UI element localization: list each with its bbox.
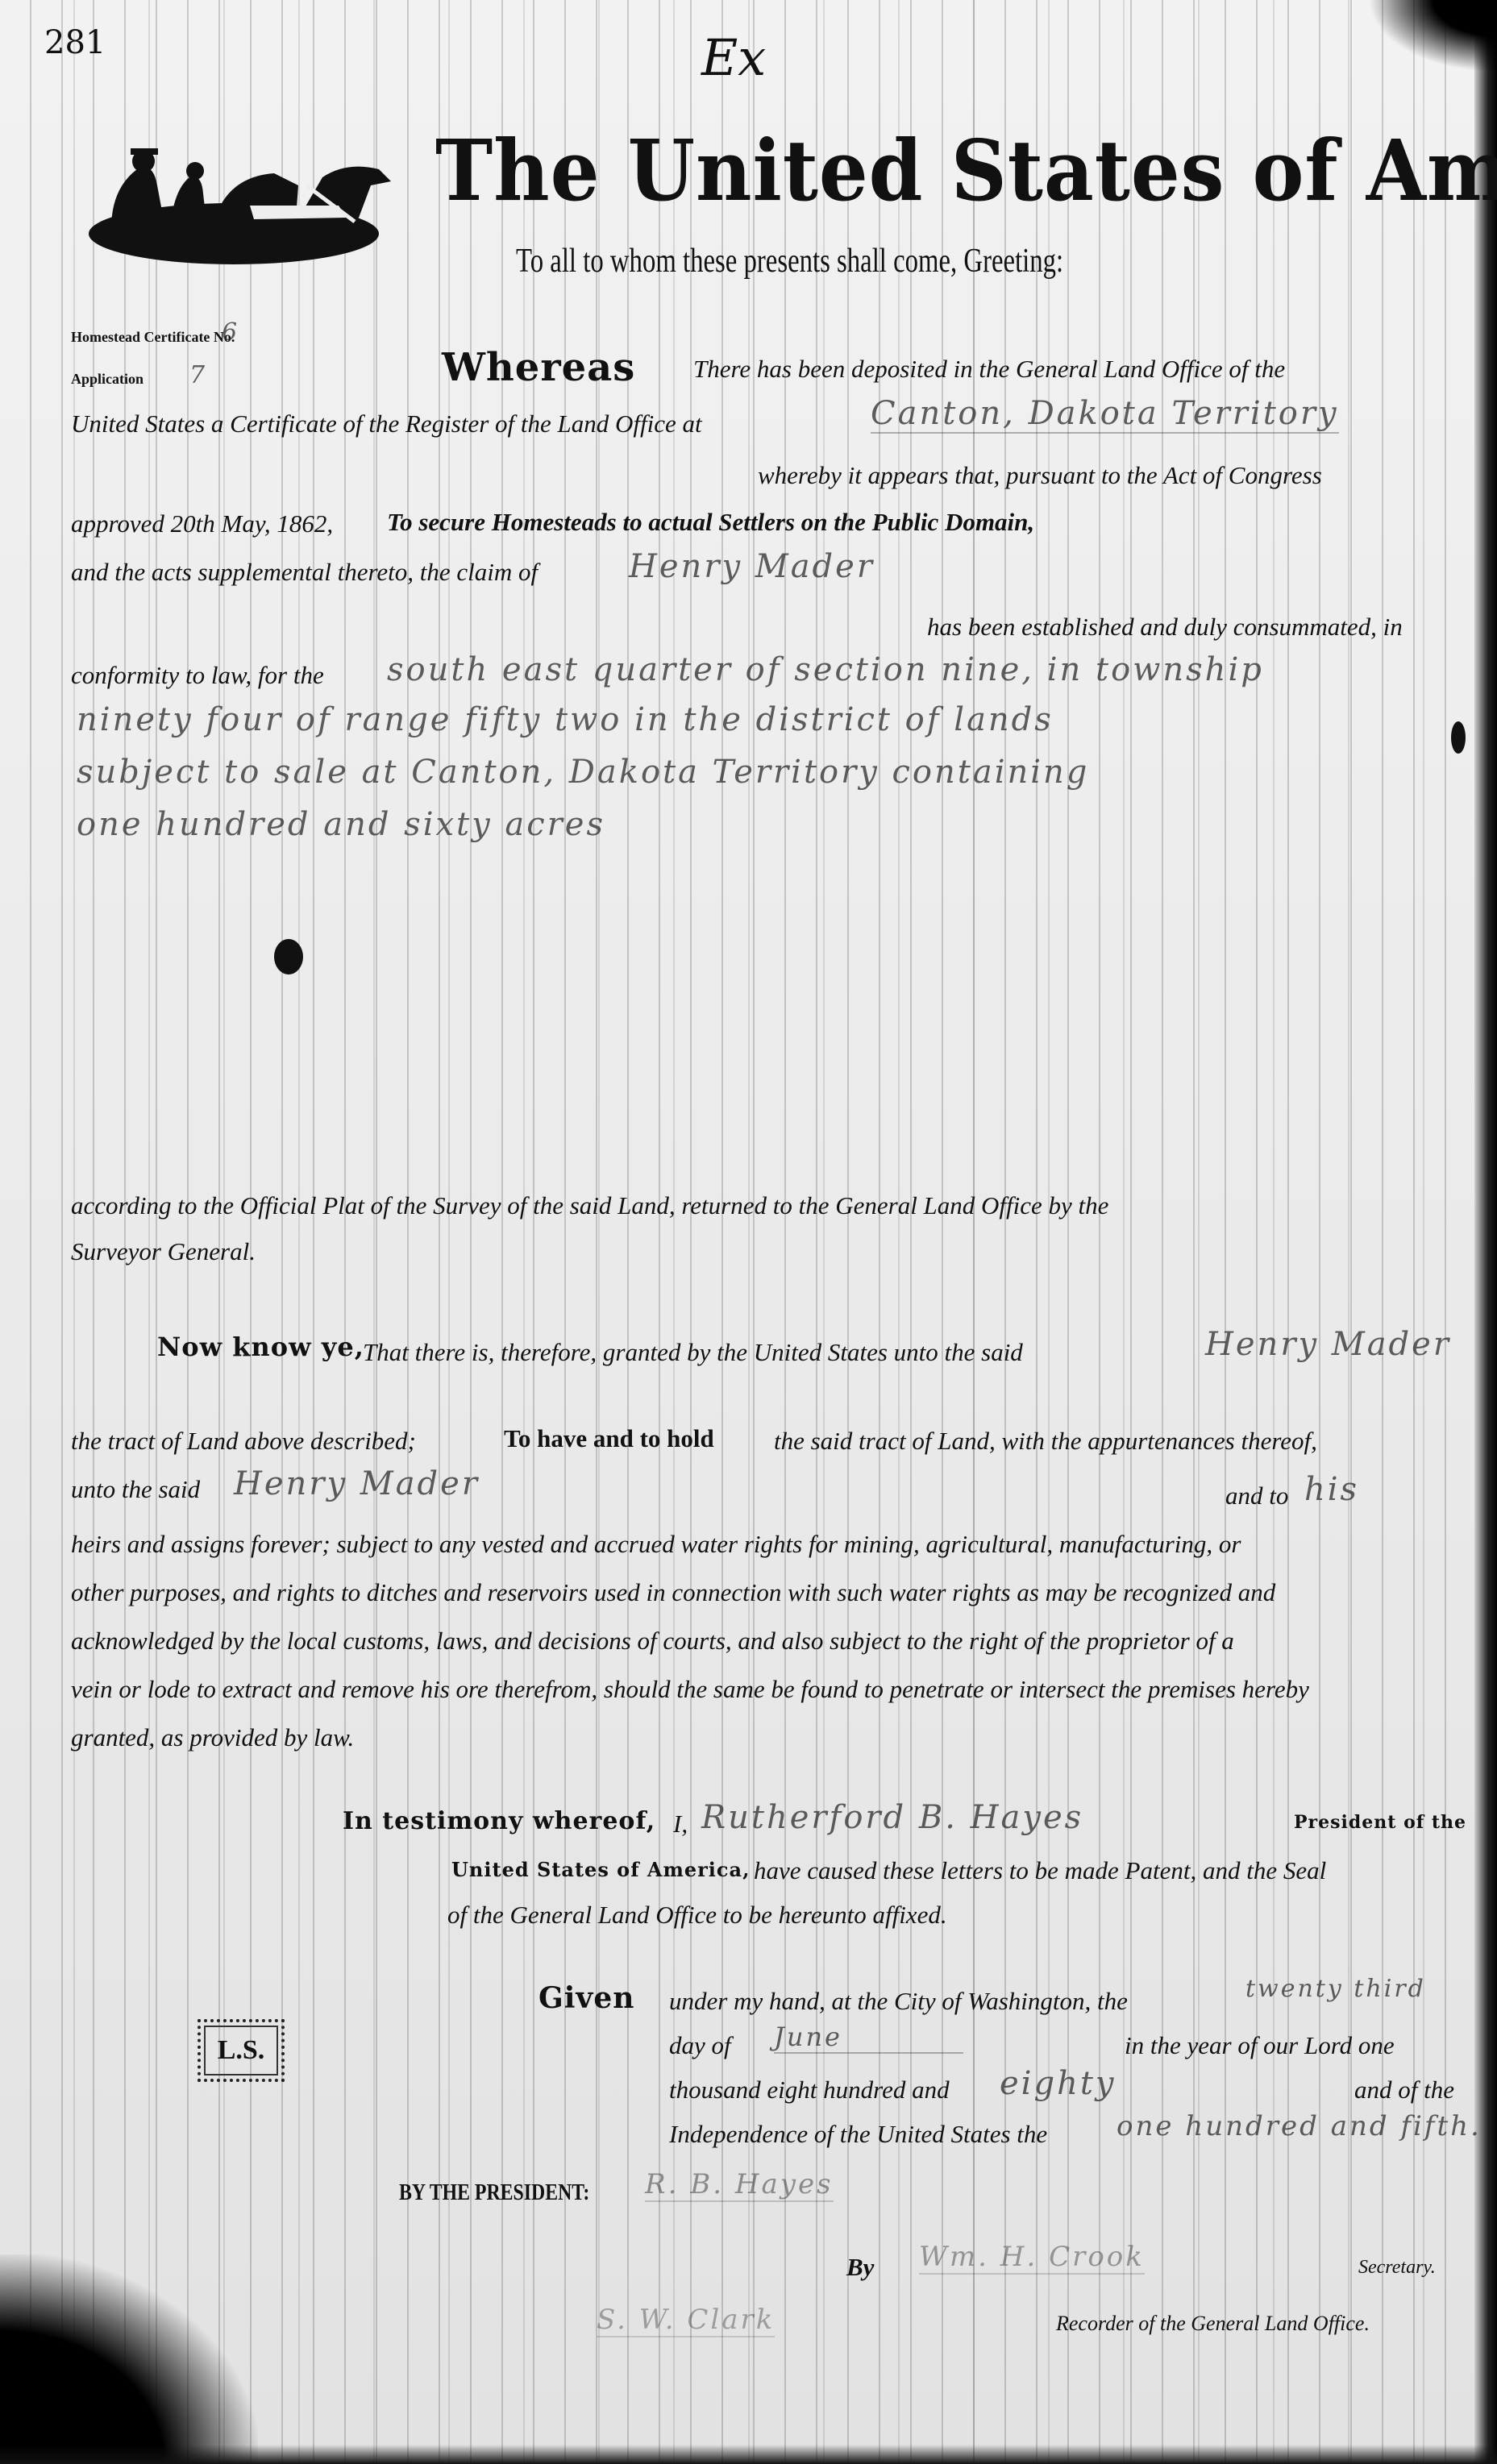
land-description-1: south east quarter of section nine, in t… [387,651,1264,688]
plat-line-2: Surveyor General. [71,1237,256,1266]
testimony-line-2: have caused these letters to be made Pat… [754,1856,1326,1885]
plat-line-1: according to the Official Plat of the Su… [71,1191,1108,1220]
given-heading: Given [539,1981,634,2015]
claimant-name: Henry Mader [629,548,875,585]
certificate-number-value: 6 [222,318,239,347]
whereas-line-2: United States a Certificate of the Regis… [71,409,702,438]
by-the-president-label: BY THE PRESIDENT: [399,2180,589,2206]
ink-blot [1451,721,1466,754]
year-handwritten: eighty [1000,2065,1117,2102]
grantee-name: Henry Mader [1205,1326,1451,1363]
now-know-ye-heading: Now know ye, [157,1332,364,1362]
seal-box: L.S. [198,2019,285,2082]
given-line-4-prefix: Independence of the United States the [669,2120,1047,2149]
whereas-line-7: conformity to law, for the [71,661,324,690]
habendum-line-2: other purposes, and rights to ditches an… [71,1578,1275,1607]
day-handwritten: twenty third [1245,1975,1426,2003]
homestead-act-title: To secure Homesteads to actual Settlers … [387,508,1034,537]
recorder-label: Recorder of the General Land Office. [1056,2312,1370,2336]
secretary-label: Secretary. [1358,2257,1436,2279]
independence-year-handwritten: one hundred and fifth. [1117,2110,1482,2142]
seal-label: L.S. [218,2035,265,2066]
president-of-the: President of the [1294,1812,1466,1833]
whereas-line-3: whereby it appears that, pursuant to the… [758,461,1322,490]
whereas-line-4-prefix: approved 20th May, 1862, [71,509,333,538]
given-line-3-suffix: and of the [1354,2075,1454,2105]
whereas-line-6: has been established and duly consummate… [927,613,1403,642]
testimony-line-3: of the General Land Office to be hereunt… [447,1901,947,1930]
habendum-line-4: vein or lode to extract and remove his o… [71,1675,1309,1704]
page-number: 281 [44,24,106,61]
habendum-line-3: acknowledged by the local customs, laws,… [71,1627,1234,1656]
land-description-4: one hundred and sixty acres [77,806,605,843]
his-handwritten: his [1304,1471,1359,1508]
application-number-value: 7 [189,361,207,389]
whereas-line-1: There has been deposited in the General … [693,355,1285,384]
scan-shadow-top-right [1368,0,1497,73]
document-title: The United States of America, [435,121,1497,220]
tract-line-prefix: the tract of Land above described; [71,1427,416,1456]
land-description-3: subject to sale at Canton, Dakota Territ… [77,754,1089,791]
given-line-2-suffix: in the year of our Lord one [1125,2031,1395,2060]
whereas-line-5: and the acts supplemental thereto, the c… [71,558,538,587]
to-have-and-to-hold: To have and to hold [504,1424,714,1453]
given-line-3-prefix: thousand eight hundred and [669,2075,950,2105]
month-handwritten: June [774,2021,963,2054]
president-signature: R. B. Hayes [645,2168,834,2202]
recorder-signature: S. W. Clark [597,2304,775,2337]
certificate-page: 281 Ex The United States of America, To … [0,0,1497,2464]
certificate-number-label: Homestead Certificate No. [71,329,235,346]
tract-line-suffix: the said tract of Land, with the appurte… [774,1427,1317,1456]
land-description-2: ninety four of range fifty two in the di… [77,701,1054,738]
president-name: Rutherford B. Hayes [701,1799,1083,1836]
scan-edge-bottom [0,2445,1497,2464]
whereas-heading: Whereas [442,345,635,390]
secretary-signature: Wm. H. Crook [919,2241,1145,2275]
application-number-label: Application [71,371,143,388]
grantee-name-2: Henry Mader [234,1465,480,1502]
top-annotation: Ex [701,28,766,87]
greeting-line: To all to whom these presents shall come… [516,242,1063,280]
habendum-line-5: granted, as provided by law. [71,1723,354,1752]
united-states-of-america: United States of America, [451,1858,750,1881]
and-to-label: and to [1225,1481,1288,1510]
grant-text: That there is, therefore, granted by the… [363,1338,1023,1367]
testimony-heading: In testimony whereof, [343,1807,655,1835]
habendum-line-1: heirs and assigns forever; subject to an… [71,1530,1241,1559]
scan-shadow-bottom-left [0,2254,258,2464]
testimony-i: I, [673,1810,688,1839]
given-line-1: under my hand, at the City of Washington… [669,1987,1128,2016]
ink-blot [274,939,303,974]
land-office-location: Canton, Dakota Territory [871,395,1339,434]
given-line-2-prefix: day of [669,2031,731,2060]
scan-edge-right [1474,0,1497,2464]
by-label: By [846,2253,874,2282]
unto-the-said: unto the said [71,1475,200,1504]
homesteaders-wagon-emblem-icon [81,129,399,274]
